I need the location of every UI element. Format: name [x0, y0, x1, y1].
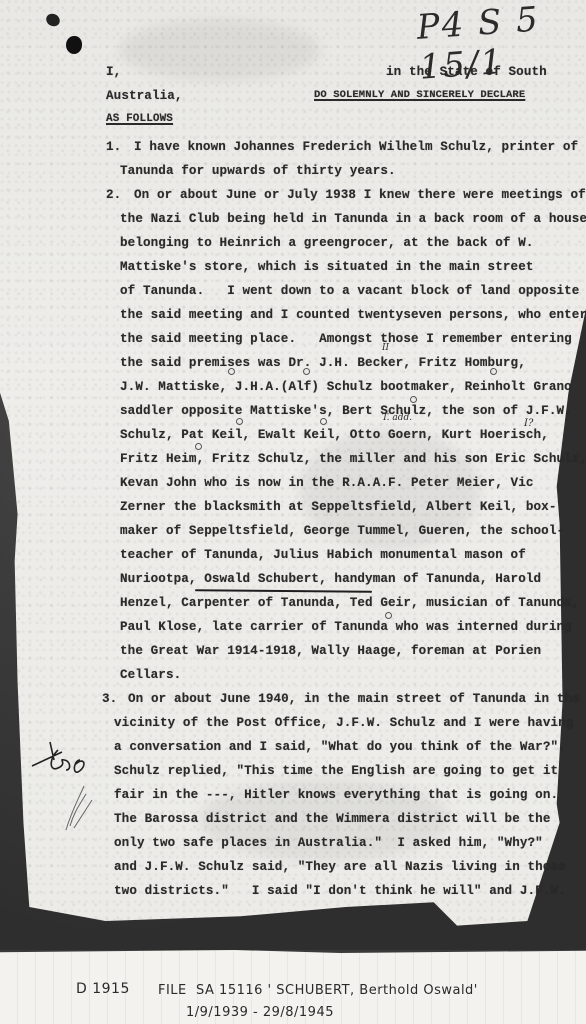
state-line: in the State of South	[386, 66, 547, 79]
paragraph-2-line: Henzel, Carpenter of Tanunda, Ted Geir, …	[120, 597, 579, 610]
declarant-line: I,	[106, 66, 121, 79]
paragraph-2-line: Zerner the blacksmith at Seppeltsfield, …	[120, 501, 556, 514]
margin-initials-signature-icon	[28, 730, 98, 840]
paragraph-3-line: a conversation and I said, "What do you …	[114, 741, 566, 754]
punch-hole-icon	[66, 36, 82, 54]
paragraph-2-line: Paul Klose, late carrier of Tanunda who …	[120, 621, 572, 634]
paragraph-2-line: saddler opposite Mattiske's, Bert Schulz…	[120, 405, 572, 418]
archive-date-range: 1/9/1939 - 29/8/1945	[186, 1005, 334, 1020]
paragraph-2-line: the said meeting place. Amongst those I …	[120, 333, 572, 346]
paragraph-3-line: fair in the ---, Hitler knows everything…	[114, 789, 558, 802]
paragraph-2-line: Nuriootpa, Oswald Schubert, handyman of …	[120, 573, 541, 586]
paragraph-1-line: I have known Johannes Frederich Wilhelm …	[134, 141, 578, 154]
annotation-roman-two: II	[382, 343, 389, 353]
pencil-circle-mark	[410, 396, 417, 403]
paragraph-number: 3.	[102, 693, 117, 706]
paragraph-3-line: and J.F.W. Schulz said, "They are all Na…	[114, 861, 566, 874]
paragraph-2-line: teacher of Tanunda, Julius Habich monume…	[120, 549, 526, 562]
paragraph-2-line: Fritz Heim, Fritz Schulz, the miller and…	[120, 453, 586, 466]
pencil-circle-mark	[303, 368, 310, 375]
as-follows-heading: AS FOLLOWS	[106, 114, 173, 125]
paper-stain	[120, 20, 320, 80]
paragraph-2-line: Schulz, Pat Keil, Ewalt Keil, Otto Goern…	[120, 429, 549, 442]
paragraph-2-line: the Great War 1914-1918, Wally Haage, fo…	[120, 645, 541, 658]
paragraph-3-line: vicinity of the Post Office, J.F.W. Schu…	[114, 717, 573, 730]
paragraph-2-line: J.W. Mattiske, J.H.A.(Alf) Schulz bootma…	[120, 381, 572, 394]
paragraph-number: 2.	[106, 189, 121, 202]
paragraph-2-line: maker of Seppeltsfield, George Tummel, G…	[120, 525, 564, 538]
archive-code: D 1915	[76, 981, 130, 997]
archive-file-reference: FILE SA 15116 ' SCHUBERT, Berthold Oswal…	[158, 983, 478, 998]
paragraph-2-line: Kevan John who is now in the R.A.A.F. Pe…	[120, 477, 534, 490]
paragraph-1-line: Tanunda for upwards of thirty years.	[120, 165, 396, 178]
paragraph-2-line: the said premises was Dr. J.H. Becker, F…	[120, 357, 526, 370]
annotation-add: T. add.	[382, 413, 412, 423]
paragraph-3-line: The Barossa district and the Wimmera dis…	[114, 813, 550, 826]
pencil-circle-mark	[320, 418, 327, 425]
paragraph-2-line: of Tanunda. I went down to a vacant bloc…	[120, 285, 579, 298]
pencil-circle-mark	[490, 368, 497, 375]
paragraph-3-line: On or about June 1940, in the main stree…	[128, 693, 580, 706]
paragraph-2-line: Cellars.	[120, 669, 181, 682]
paragraph-3-line: two districts." I said "I don't think he…	[114, 885, 566, 898]
paragraph-3-line: only two safe places in Australia." I as…	[114, 837, 543, 850]
annotation-query: I?	[524, 418, 533, 429]
pencil-circle-mark	[236, 418, 243, 425]
declaration-heading: DO SOLEMNLY AND SINCERELY DECLARE	[314, 90, 525, 101]
country-line: Australia,	[106, 90, 183, 103]
paragraph-2-line: On or about June or July 1938 I knew the…	[134, 189, 586, 202]
paragraph-2-line: the said meeting and I counted twentysev…	[120, 309, 586, 322]
pencil-circle-mark	[385, 612, 392, 619]
paragraph-2-line: the Nazi Club being held in Tanunda in a…	[120, 213, 586, 226]
paragraph-2-line: belonging to Heinrich a greengrocer, at …	[120, 237, 534, 250]
pencil-circle-mark	[195, 443, 202, 450]
paragraph-2-line: Mattiske's store, which is situated in t…	[120, 261, 534, 274]
paragraph-number: 1.	[106, 141, 121, 154]
pencil-circle-mark	[228, 368, 235, 375]
paragraph-3-line: Schulz replied, "This time the English a…	[114, 765, 558, 778]
